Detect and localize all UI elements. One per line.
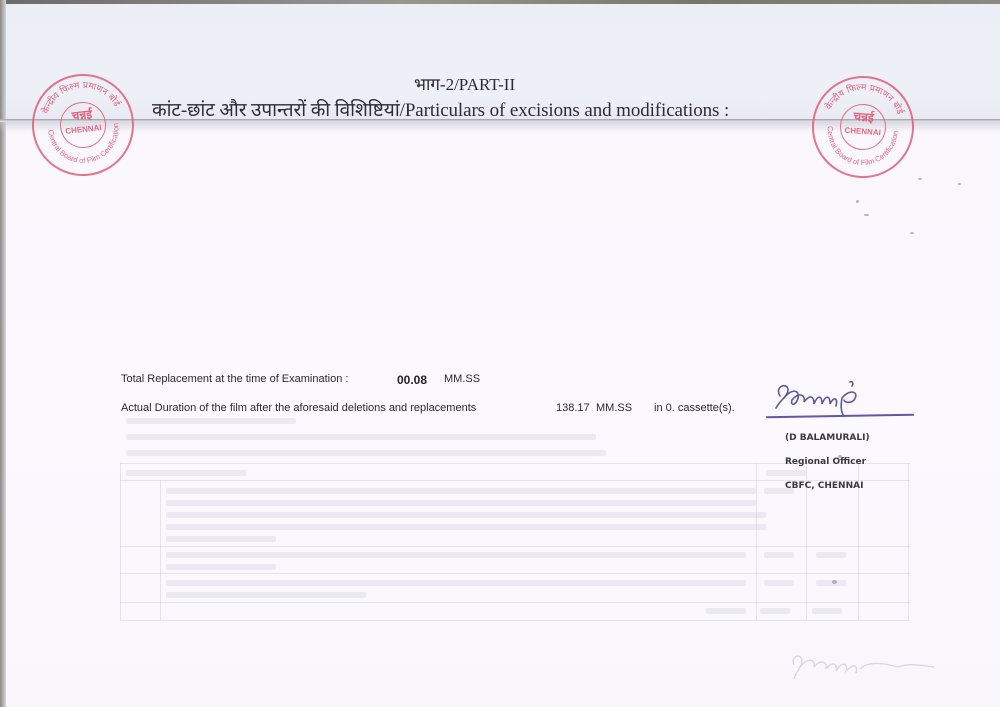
- signatory-name: (D BALAMURALI): [785, 433, 870, 443]
- paper-left-edge: [0, 0, 6, 707]
- cbfc-stamp-right: केन्द्रीय फिल्म प्रमाणन बोर्ड Central Bo…: [809, 73, 918, 182]
- actual-duration-value: 138.17: [556, 402, 590, 414]
- signatory-office: CBFC, CHENNAI: [785, 481, 863, 491]
- document-page: भाग-2/PART-II कांट-छांट और उपान्तरों की …: [0, 0, 1000, 707]
- handwritten-signature: [770, 378, 890, 418]
- total-replacement-value: 00.08: [397, 373, 427, 387]
- cbfc-stamp-left: केन्द्रीय फिल्म प्रमाणन बोर्ड Central Bo…: [27, 69, 139, 181]
- part-label: भाग-2/PART-II: [414, 72, 515, 95]
- signatory-designation: Regional Officer: [785, 457, 866, 467]
- actual-duration-unit: MM.SS: [596, 402, 632, 414]
- cassettes-text: in 0. cassette(s).: [654, 402, 735, 414]
- bleed-through-signature: [788, 645, 958, 685]
- total-replacement-label: Total Replacement at the time of Examina…: [121, 373, 348, 385]
- paper-top-edge: [0, 0, 1000, 4]
- actual-duration-label: Actual Duration of the film after the af…: [121, 402, 476, 414]
- total-replacement-unit: MM.SS: [444, 373, 480, 385]
